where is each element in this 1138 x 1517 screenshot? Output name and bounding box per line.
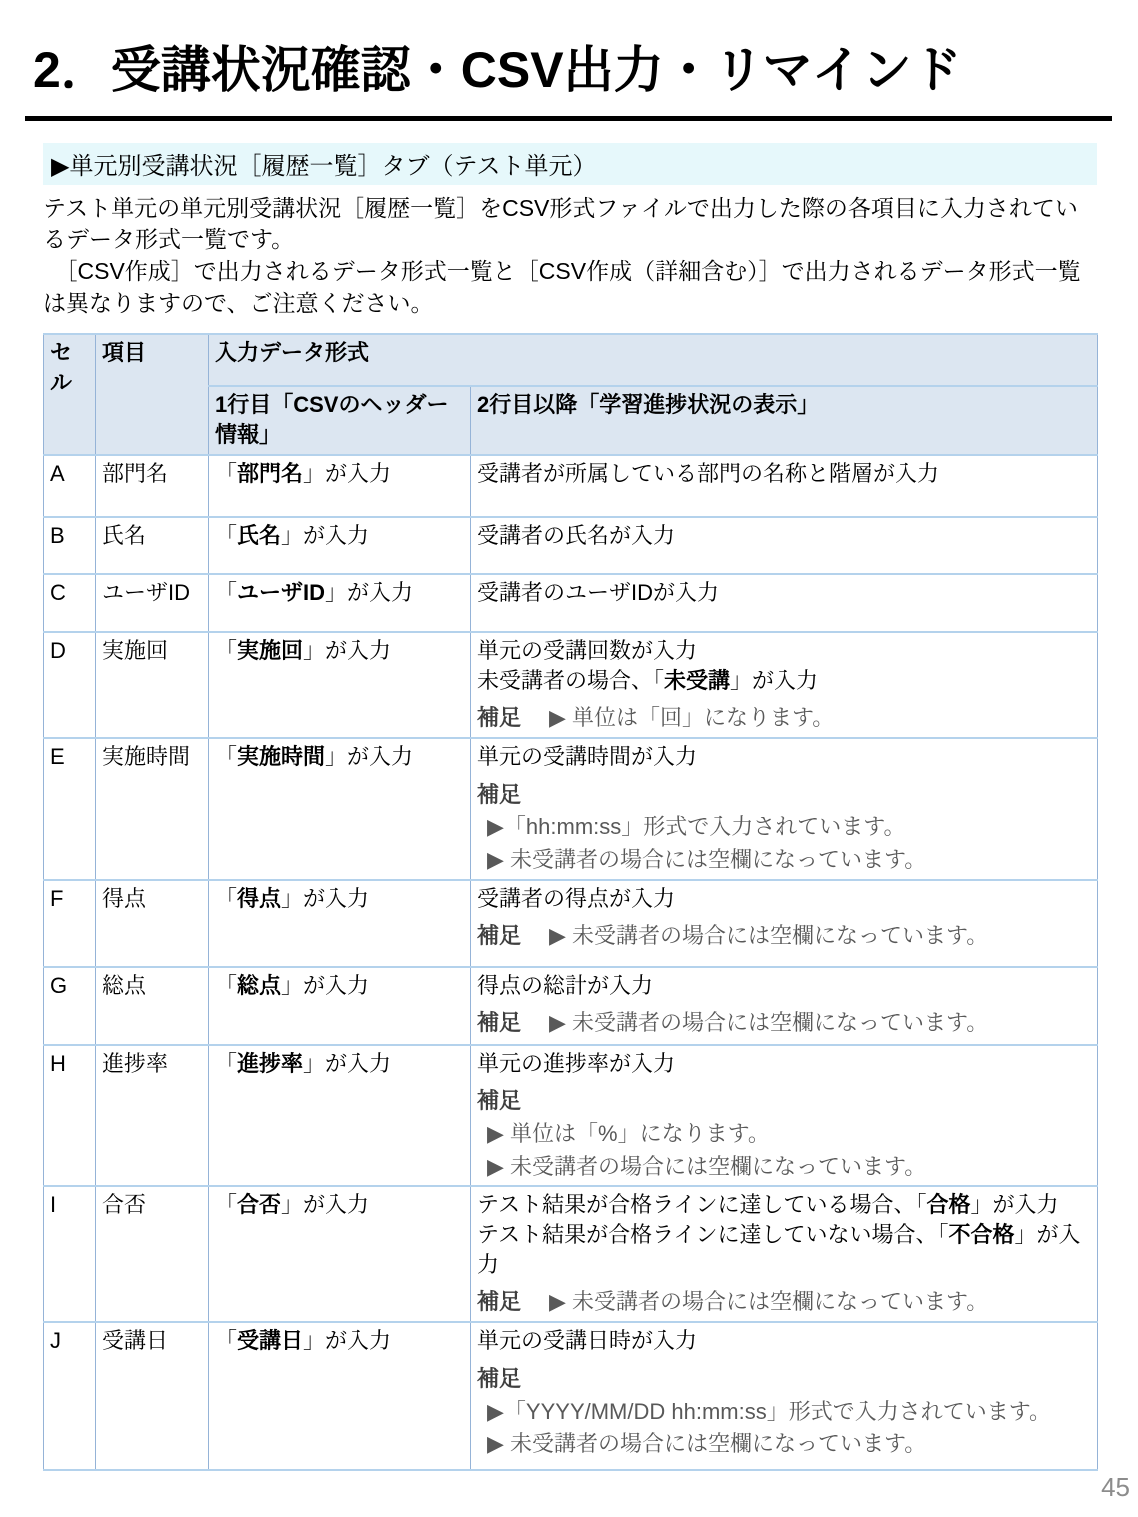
data-description: 受講者のユーザIDが入力	[471, 574, 1098, 632]
csv-header-format: 「受講日」が入力	[209, 1322, 471, 1470]
text-run: テスト結果が合格ラインに達していない場合、「	[477, 1222, 948, 1247]
section-header: ▶単元別受講状況［履歴一覧］タブ（テスト単元）	[43, 143, 1097, 185]
note-line: 補足▶ 未受講者の場合には空欄になっています。	[477, 1287, 1091, 1317]
text-run: テスト結果が合格ラインに達している場合、「	[477, 1192, 926, 1217]
table-row: H進捗率「進捗率」が入力単元の進捗率が入力補足▶ 単位は「%」になります。▶ 未…	[44, 1045, 1098, 1187]
desc-line: 受講者が所属している部門の名称と階層が入力	[477, 459, 1091, 489]
desc-line: 得点の総計が入力	[477, 971, 1091, 1001]
cell-letter: E	[44, 738, 96, 880]
desc-line: 単元の受講時間が入力	[477, 742, 1091, 772]
csv-header-format: 「合否」が入力	[209, 1186, 471, 1322]
header-item-column: 項目	[96, 334, 209, 454]
text-run: 「	[215, 1192, 237, 1217]
text-run: 「	[215, 744, 237, 769]
bold-term: 合格	[926, 1192, 970, 1217]
csv-header-format: 「進捗率」が入力	[209, 1045, 471, 1187]
bold-term: 合否	[237, 1192, 281, 1217]
note-line: 補足▶ 単位は「回」になります。	[477, 703, 1091, 733]
note-line: 補足	[477, 1364, 1091, 1394]
note-bullet: ▶ 未受講者の場合には空欄になっています。	[487, 1429, 1091, 1459]
bold-term: 総点	[237, 973, 281, 998]
csv-header-format: 「ユーザID」が入力	[209, 574, 471, 632]
table-row: G総点「総点」が入力得点の総計が入力補足▶ 未受講者の場合には空欄になっています…	[44, 967, 1098, 1045]
header-progress-display: 2行目以降「学習進捗状況の表示」	[471, 386, 1098, 454]
table-row: E実施時間「実施時間」が入力単元の受講時間が入力補足▶「hh:mm:ss」形式で…	[44, 738, 1098, 880]
note-text: ▶ 未受講者の場合には空欄になっています。	[549, 1010, 988, 1035]
text-run: 単元の受講時間が入力	[477, 744, 697, 769]
desc-line: テスト結果が合格ラインに達している場合、「合格」が入力	[477, 1190, 1091, 1220]
header-csv-header-info: 1行目「CSVのヘッダー情報」	[209, 386, 471, 454]
desc-line: 単元の進捗率が入力	[477, 1049, 1091, 1079]
desc-line: テスト結果が合格ラインに達していない場合、「不合格」が入力	[477, 1220, 1091, 1279]
data-description: 単元の受講時間が入力補足▶「hh:mm:ss」形式で入力されています。▶ 未受講…	[471, 738, 1098, 880]
bold-term: 実施時間	[237, 744, 325, 769]
note-bullet: ▶ 未受講者の場合には空欄になっています。	[487, 845, 1091, 875]
note-line: 補足▶ 未受講者の場合には空欄になっています。	[477, 1008, 1091, 1038]
header-format-group: 入力データ形式	[209, 334, 1098, 386]
intro-paragraph-1: テスト単元の単元別受講状況［履歴一覧］をCSV形式ファイルで出力した際の各項目に…	[43, 193, 1099, 256]
text-run: 」が入力	[281, 523, 369, 548]
item-name: 氏名	[96, 517, 209, 574]
item-name: 受講日	[96, 1322, 209, 1470]
text-run: 受講者のユーザIDが入力	[477, 580, 719, 605]
note-bullet: ▶「YYYY/MM/DD hh:mm:ss」形式で入力されています。	[487, 1397, 1091, 1427]
csv-header-format: 「実施時間」が入力	[209, 738, 471, 880]
note-bullet: ▶ 単位は「%」になります。	[487, 1119, 1091, 1149]
text-run: 」が入力	[303, 1328, 391, 1353]
csv-header-format: 「実施回」が入力	[209, 632, 471, 738]
bold-term: 受講日	[237, 1328, 303, 1353]
bold-term: 部門名	[237, 461, 303, 486]
text-run: 」が入力	[730, 668, 818, 693]
note-label: 補足	[477, 782, 521, 807]
cell-letter: J	[44, 1322, 96, 1470]
csv-header-format: 「総点」が入力	[209, 967, 471, 1045]
table-row: B氏名「氏名」が入力受講者の氏名が入力	[44, 517, 1098, 574]
cell-letter: I	[44, 1186, 96, 1322]
desc-line: 受講者の得点が入力	[477, 884, 1091, 914]
desc-line: 未受講者の場合、「未受講」が入力	[477, 666, 1091, 696]
item-name: 得点	[96, 880, 209, 967]
text-run: 」が入力	[281, 1192, 369, 1217]
data-description: 得点の総計が入力補足▶ 未受講者の場合には空欄になっています。	[471, 967, 1098, 1045]
note-line: 補足	[477, 1086, 1091, 1116]
page-title: 2．受講状況確認・CSV出力・リマインド	[33, 42, 1138, 100]
intro-paragraph-2: ［CSV作成］で出力されるデータ形式一覧と［CSV作成（詳細含む）］で出力される…	[43, 256, 1099, 319]
item-name: ユーザID	[96, 574, 209, 632]
title-divider	[25, 116, 1112, 121]
bold-term: 氏名	[237, 523, 281, 548]
table-row: F得点「得点」が入力受講者の得点が入力補足▶ 未受講者の場合には空欄になっていま…	[44, 880, 1098, 967]
text-run: 「	[215, 580, 237, 605]
intro-text: テスト単元の単元別受講状況［履歴一覧］をCSV形式ファイルで出力した際の各項目に…	[43, 193, 1099, 320]
document-page: 2．受講状況確認・CSV出力・リマインド ▶単元別受講状況［履歴一覧］タブ（テス…	[0, 0, 1138, 1517]
text-run: 」が入力	[303, 638, 391, 663]
note-line: 補足	[477, 780, 1091, 810]
table-body: A部門名「部門名」が入力受講者が所属している部門の名称と階層が入力B氏名「氏名」…	[44, 455, 1098, 1470]
note-label: 補足	[477, 923, 521, 948]
table-row: A部門名「部門名」が入力受講者が所属している部門の名称と階層が入力	[44, 455, 1098, 517]
note-bullet: ▶ 未受講者の場合には空欄になっています。	[487, 1152, 1091, 1182]
data-description: 受講者の得点が入力補足▶ 未受講者の場合には空欄になっています。	[471, 880, 1098, 967]
data-description: 単元の進捗率が入力補足▶ 単位は「%」になります。▶ 未受講者の場合には空欄にな…	[471, 1045, 1098, 1187]
note-bullet: ▶「hh:mm:ss」形式で入力されています。	[487, 812, 1091, 842]
note-line: 補足▶ 未受講者の場合には空欄になっています。	[477, 921, 1091, 951]
item-name: 合否	[96, 1186, 209, 1322]
data-description: 受講者の氏名が入力	[471, 517, 1098, 574]
note-text: ▶ 単位は「回」になります。	[549, 705, 834, 730]
csv-header-format: 「得点」が入力	[209, 880, 471, 967]
data-description: テスト結果が合格ラインに達している場合、「合格」が入力テスト結果が合格ラインに達…	[471, 1186, 1098, 1322]
text-run: 」が入力	[970, 1192, 1058, 1217]
text-run: 「	[215, 1051, 237, 1076]
text-run: 受講者の得点が入力	[477, 886, 675, 911]
item-name: 総点	[96, 967, 209, 1045]
table-row: CユーザID「ユーザID」が入力受講者のユーザIDが入力	[44, 574, 1098, 632]
note-label: 補足	[477, 1366, 521, 1391]
desc-line: 受講者の氏名が入力	[477, 521, 1091, 551]
text-run: 受講者が所属している部門の名称と階層が入力	[477, 461, 939, 486]
item-name: 実施時間	[96, 738, 209, 880]
cell-letter: F	[44, 880, 96, 967]
item-name: 部門名	[96, 455, 209, 517]
bold-term: 不合格	[948, 1222, 1014, 1247]
text-run: 」が入力	[281, 973, 369, 998]
cell-letter: A	[44, 455, 96, 517]
text-run: 」が入力	[325, 744, 413, 769]
text-run: 未受講者の場合、「	[477, 668, 664, 693]
cell-letter: D	[44, 632, 96, 738]
table-header: セル 項目 入力データ形式 1行目「CSVのヘッダー情報」 2行目以降「学習進捗…	[44, 334, 1098, 454]
bold-term: 進捗率	[237, 1051, 303, 1076]
note-text: ▶ 未受講者の場合には空欄になっています。	[549, 1289, 988, 1314]
text-run: 単元の進捗率が入力	[477, 1051, 675, 1076]
table-row: I合否「合否」が入力テスト結果が合格ラインに達している場合、「合格」が入力テスト…	[44, 1186, 1098, 1322]
bold-term: ユーザID	[237, 580, 325, 605]
text-run: 」が入力	[303, 461, 391, 486]
text-run: 「	[215, 523, 237, 548]
text-run: 「	[215, 461, 237, 486]
data-description: 単元の受講日時が入力補足▶「YYYY/MM/DD hh:mm:ss」形式で入力さ…	[471, 1322, 1098, 1470]
text-run: 「	[215, 1328, 237, 1353]
desc-line: 単元の受講回数が入力	[477, 636, 1091, 666]
cell-letter: G	[44, 967, 96, 1045]
text-run: 単元の受講回数が入力	[477, 638, 697, 663]
csv-header-format: 「部門名」が入力	[209, 455, 471, 517]
csv-header-format: 「氏名」が入力	[209, 517, 471, 574]
note-label: 補足	[477, 705, 521, 730]
data-description: 受講者が所属している部門の名称と階層が入力	[471, 455, 1098, 517]
note-label: 補足	[477, 1289, 521, 1314]
cell-letter: B	[44, 517, 96, 574]
text-run: 」が入力	[325, 580, 413, 605]
text-run: 単元の受講日時が入力	[477, 1328, 697, 1353]
text-run: 「	[215, 973, 237, 998]
table-row: J受講日「受講日」が入力単元の受講日時が入力補足▶「YYYY/MM/DD hh:…	[44, 1322, 1098, 1470]
text-run: 「	[215, 886, 237, 911]
bold-term: 得点	[237, 886, 281, 911]
bold-term: 未受講	[664, 668, 730, 693]
text-run: 受講者の氏名が入力	[477, 523, 675, 548]
text-run: 」が入力	[303, 1051, 391, 1076]
data-format-table: セル 項目 入力データ形式 1行目「CSVのヘッダー情報」 2行目以降「学習進捗…	[43, 333, 1098, 1471]
cell-letter: C	[44, 574, 96, 632]
bold-term: 実施回	[237, 638, 303, 663]
text-run: 得点の総計が入力	[477, 973, 653, 998]
text-run: 「	[215, 638, 237, 663]
note-label: 補足	[477, 1010, 521, 1035]
desc-line: 単元の受講日時が入力	[477, 1326, 1091, 1356]
cell-letter: H	[44, 1045, 96, 1187]
note-text: ▶ 未受講者の場合には空欄になっています。	[549, 923, 988, 948]
data-description: 単元の受講回数が入力未受講者の場合、「未受講」が入力補足▶ 単位は「回」になりま…	[471, 632, 1098, 738]
item-name: 進捗率	[96, 1045, 209, 1187]
header-cell-column: セル	[44, 334, 96, 454]
desc-line: 受講者のユーザIDが入力	[477, 578, 1091, 608]
page-number: 45	[1101, 1472, 1130, 1503]
item-name: 実施回	[96, 632, 209, 738]
note-label: 補足	[477, 1088, 521, 1113]
table-row: D実施回「実施回」が入力単元の受講回数が入力未受講者の場合、「未受講」が入力補足…	[44, 632, 1098, 738]
text-run: 」が入力	[281, 886, 369, 911]
